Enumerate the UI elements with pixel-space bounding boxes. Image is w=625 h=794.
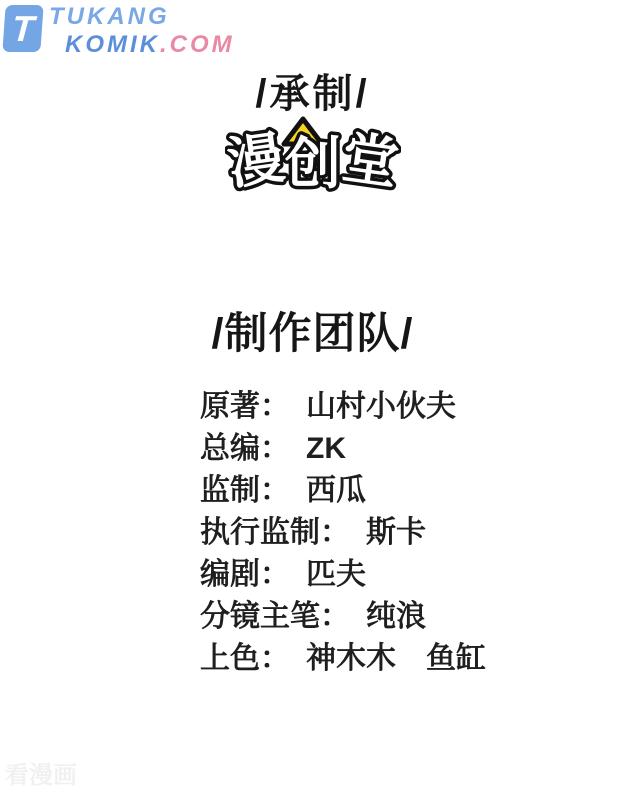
- studio-logo-char-1: 漫: [225, 125, 288, 195]
- credit-role: 总编：: [200, 434, 290, 464]
- team-heading: /制作团队/: [0, 300, 625, 361]
- site-logo: T TUKANG KOMIK.COM: [4, 5, 235, 57]
- credits-page: T TUKANG KOMIK.COM /承制/ 漫 创 堂 /制作团队/ 原著：…: [0, 0, 625, 794]
- site-logo-com: .COM: [160, 31, 235, 58]
- credit-row-supervisor: 监制： 西瓜: [200, 476, 486, 506]
- site-logo-t-icon: T: [2, 5, 43, 52]
- credit-name: 匹夫: [306, 560, 366, 590]
- credit-name: ZK: [306, 434, 346, 464]
- credit-row-colorists: 上色： 神木木 鱼缸: [200, 644, 486, 674]
- faint-watermark: 看漫画: [5, 755, 77, 790]
- site-logo-line1: TUKANG: [49, 5, 235, 29]
- credit-role: 分镜主笔：: [200, 602, 350, 632]
- credit-role: 原著：: [200, 392, 290, 422]
- credit-row-storyboard-artist: 分镜主笔： 纯浪: [200, 602, 486, 632]
- studio-logo-char-2: 创: [285, 132, 341, 195]
- credit-name: 斯卡: [366, 518, 426, 548]
- credits-list: 原著： 山村小伙夫 总编： ZK 监制： 西瓜 执行监制： 斯卡 编剧： 匹夫 …: [200, 392, 486, 674]
- credit-row-original-author: 原著： 山村小伙夫: [200, 392, 486, 422]
- studio-logo-char-3: 堂: [337, 125, 400, 195]
- studio-logo: 漫 创 堂: [225, 116, 401, 200]
- credit-name: 神木木 鱼缸: [306, 644, 486, 674]
- credit-row-executive-supervisor: 执行监制： 斯卡: [200, 518, 486, 548]
- credit-name: 西瓜: [306, 476, 366, 506]
- site-logo-line2: KOMIK.COM: [65, 33, 235, 57]
- credit-row-screenwriter: 编剧： 匹夫: [200, 560, 486, 590]
- site-logo-text: TUKANG KOMIK.COM: [49, 5, 235, 57]
- credit-role: 上色：: [200, 644, 290, 674]
- credit-row-chief-editor: 总编： ZK: [200, 434, 486, 464]
- credit-role: 执行监制：: [200, 518, 350, 548]
- credit-role: 编剧：: [200, 560, 290, 590]
- site-logo-komik: KOMIK: [65, 31, 160, 58]
- credit-name: 纯浪: [366, 602, 426, 632]
- credit-role: 监制：: [200, 476, 290, 506]
- produced-by-heading: /承制/: [0, 62, 625, 119]
- credit-name: 山村小伙夫: [306, 392, 456, 422]
